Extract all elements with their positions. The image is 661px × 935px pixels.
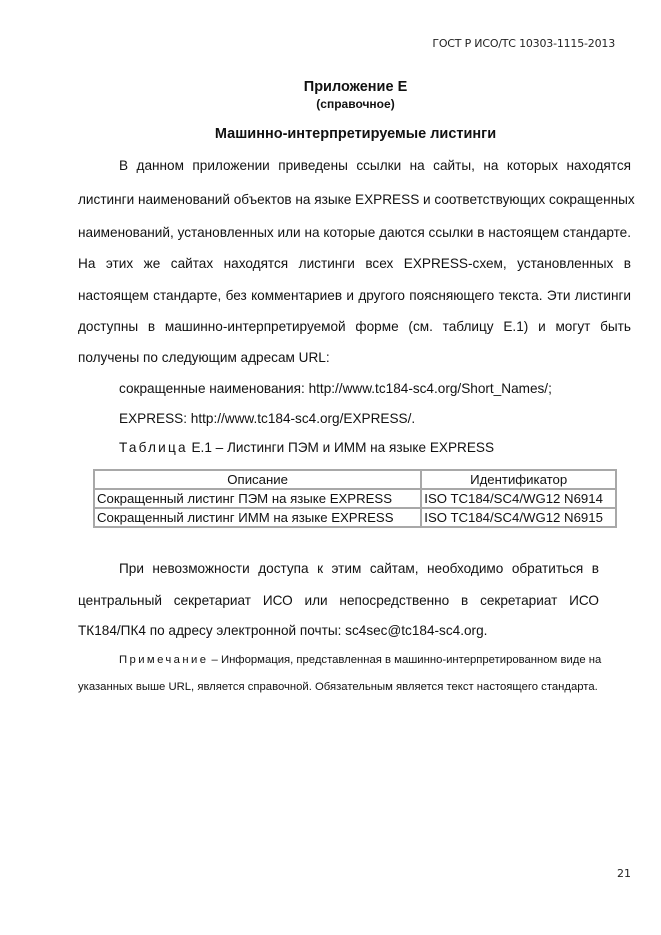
note-line-2: указанных выше URL, является справочной.… (78, 680, 631, 694)
url-label: сокращенные наименования: (119, 381, 305, 396)
note-text: – Информация, представленная в машинно-и… (212, 654, 602, 666)
table-row: Сокращенный листинг ИММ на языке EXPRESS… (94, 508, 616, 527)
appendix-title: Приложение Е (0, 79, 661, 95)
paragraph-line: центральный секретариат ИСО или непосред… (78, 593, 599, 609)
table-caption: Таблица Е.1 – Листинги ПЭМ и ИММ на язык… (119, 440, 494, 456)
note-line-1: Примечание – Информация, представленная … (78, 653, 631, 667)
standard-id-header: ГОСТ Р ИСО/ТС 10303-1115-2013 (432, 37, 615, 50)
column-header-description: Описание (94, 470, 421, 489)
cell-description: Сокращенный листинг ПЭМ на языке EXPRESS (94, 489, 421, 508)
paragraph-line: ТК184/ПК4 по адресу электронной почты: s… (78, 623, 631, 639)
listings-table: Описание Идентификатор Сокращенный листи… (93, 469, 617, 528)
column-header-identifier: Идентификатор (421, 470, 616, 489)
url-link[interactable]: http://www.tc184-sc4.org/Short_Names/; (309, 381, 552, 396)
paragraph-line: наименований, установленных или на котор… (78, 225, 631, 241)
url-label: EXPRESS: (119, 411, 187, 426)
cell-identifier: ISO TC184/SC4/WG12 N6915 (421, 508, 616, 527)
paragraph-line: доступны в машинно-интерпретируемой форм… (78, 319, 631, 335)
cell-identifier: ISO TC184/SC4/WG12 N6914 (421, 489, 616, 508)
paragraph-line: листинги наименований объектов на языке … (78, 192, 631, 208)
note-label: Примечание (119, 654, 208, 666)
appendix-subtitle: (справочное) (0, 97, 661, 111)
url-short-names: сокращенные наименования: http://www.tc1… (119, 381, 552, 397)
url-link[interactable]: http://www.tc184-sc4.org/EXPRESS/. (191, 411, 415, 426)
url-express: EXPRESS: http://www.tc184-sc4.org/EXPRES… (119, 411, 415, 427)
paragraph-line: В данном приложении приведены ссылки на … (78, 158, 631, 174)
table-row: Сокращенный листинг ПЭМ на языке EXPRESS… (94, 489, 616, 508)
cell-description: Сокращенный листинг ИММ на языке EXPRESS (94, 508, 421, 527)
paragraph-line: На этих же сайтах находятся листинги все… (78, 256, 631, 272)
page-number: 21 (617, 867, 631, 880)
table-caption-label: Таблица (119, 440, 188, 455)
table-header-row: Описание Идентификатор (94, 470, 616, 489)
section-title: Машинно-интерпретируемые листинги (0, 126, 661, 142)
table-caption-text: Е.1 – Листинги ПЭМ и ИММ на языке EXPRES… (191, 440, 494, 455)
paragraph-line: При невозможности доступа к этим сайтам,… (78, 561, 599, 577)
paragraph-line: получены по следующим адресам URL: (78, 350, 631, 366)
document-page: ГОСТ Р ИСО/ТС 10303-1115-2013 Приложение… (0, 0, 661, 935)
paragraph-line: настоящем стандарте, без комментариев и … (78, 288, 631, 304)
